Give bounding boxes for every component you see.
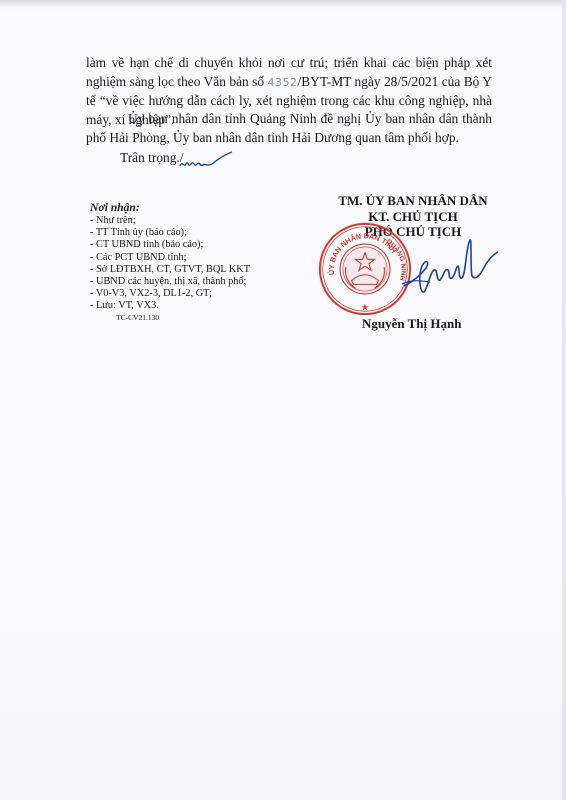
- official-seal-icon: ỦY BAN NHÂN DÂN TỈNH QUẢNG NINH: [317, 221, 413, 317]
- initials-scribble-icon: [178, 150, 234, 172]
- recipient-item: - UBND các huyện, thị xã, thành phố;: [90, 276, 250, 288]
- recipients-title: Nơi nhận:: [90, 201, 250, 215]
- sign-line-1: TM. ỦY BAN NHÂN DÂN: [318, 193, 508, 209]
- closing-text: Trân trọng./: [120, 150, 184, 166]
- recipient-item: - Lưu: VT, VX3.: [90, 300, 250, 312]
- scan-top-edge: [0, 0, 566, 6]
- recipient-item: - V0-V3, VX2-3, DL1-2, GT;: [90, 288, 250, 300]
- document-code: TC-CV21.130: [116, 313, 250, 323]
- signature-icon: [400, 236, 500, 298]
- recipients-list: Nơi nhận: - Như trên; - TT Tỉnh ủy (báo …: [90, 201, 250, 323]
- recipient-item: - TT Tỉnh ủy (báo cáo);: [90, 227, 250, 239]
- recipient-item: - Các PCT UBND tỉnh;: [90, 252, 250, 264]
- signer-name: Nguyễn Thị Hạnh: [362, 316, 461, 332]
- paragraph-2: Ủy ban nhân dân tỉnh Quảng Ninh đề nghị …: [86, 110, 492, 147]
- recipient-item: - CT UBND tỉnh (báo cáo);: [90, 239, 250, 251]
- scan-right-edge: [562, 0, 566, 800]
- recipient-item: - Như trên;: [90, 215, 250, 227]
- handwritten-doc-number: 4352: [268, 76, 298, 89]
- document-page: làm về hạn chế di chuyển khỏi nơi cư trú…: [0, 0, 566, 800]
- recipient-item: - Sở LĐTBXH, CT, GTVT, BQL KKT: [90, 264, 250, 276]
